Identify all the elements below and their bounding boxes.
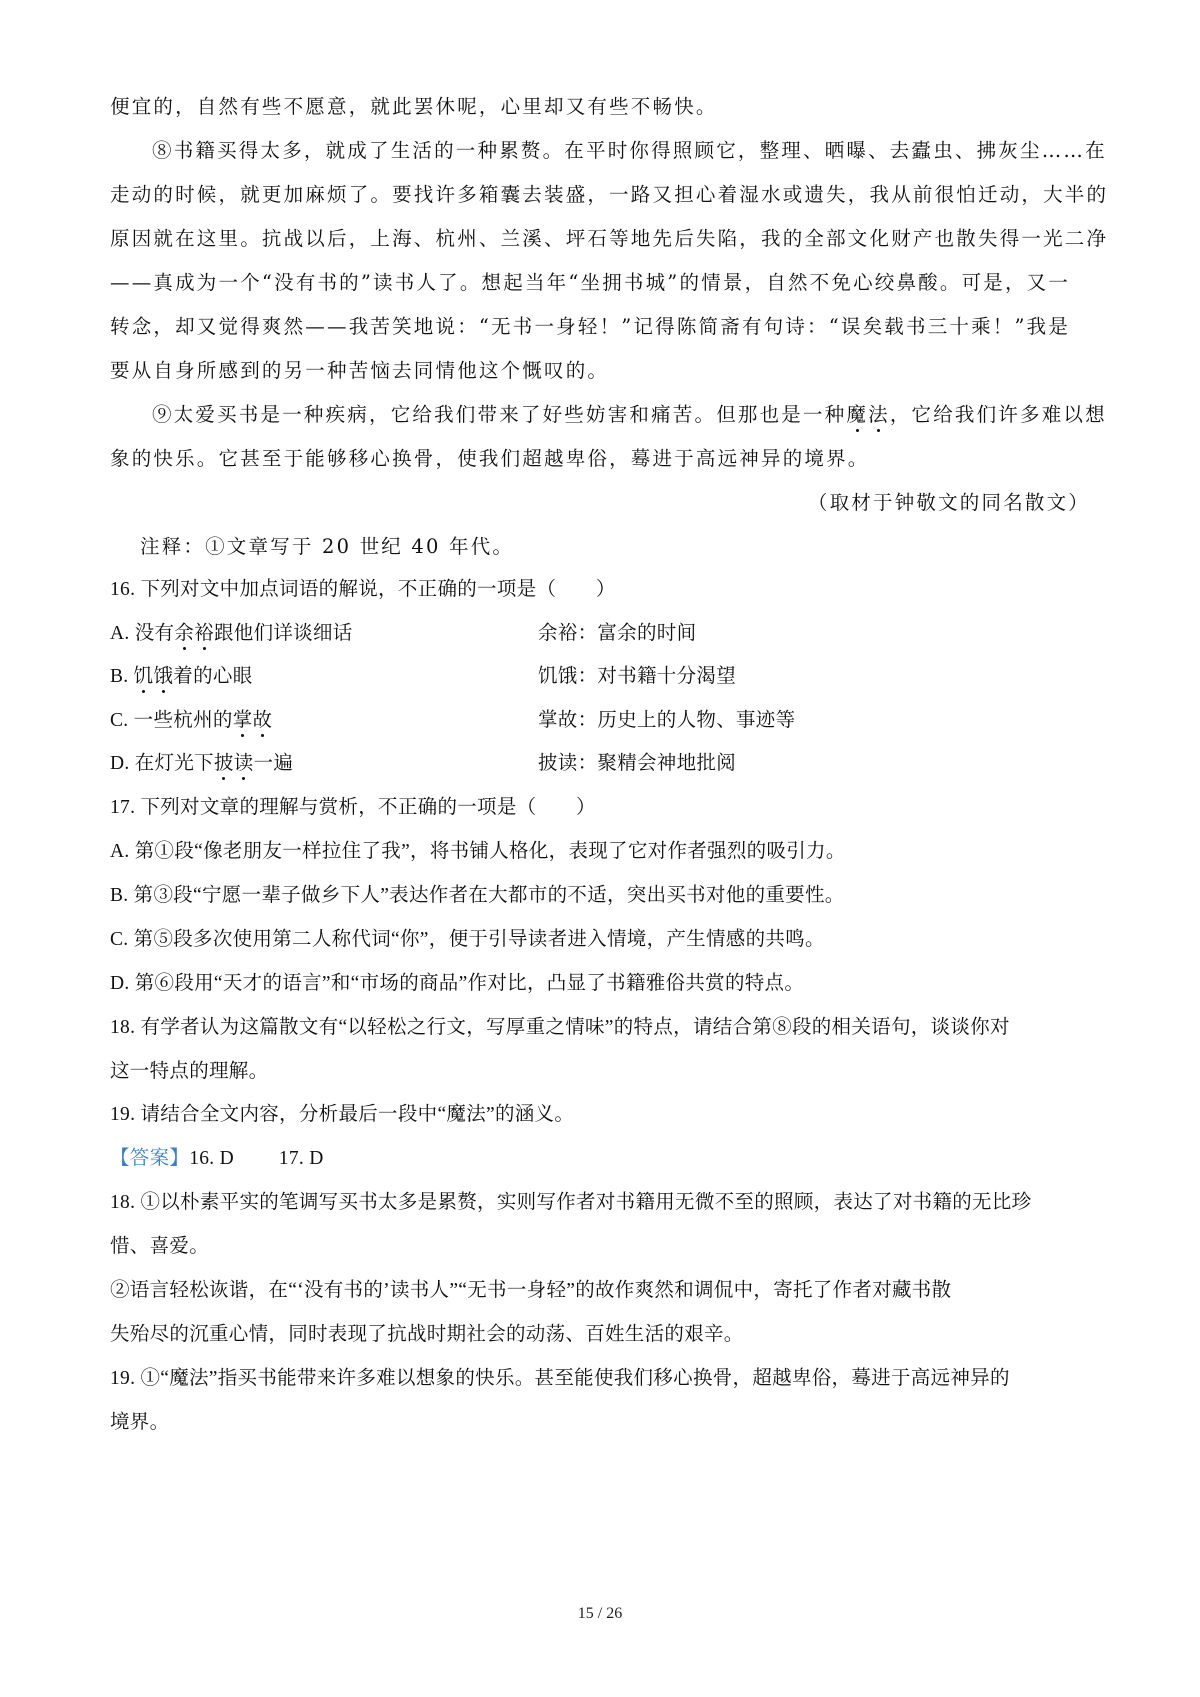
answer-19-line-1: 19. ①“魔法”指买书能带来许多难以想象的快乐。甚至能使我们移心换骨，超越卑俗… [110,1365,1100,1393]
answer-18-line-1: 18. ①以朴素平实的笔调写买书太多是累赘，实则写作者对书籍用无微不至的照顾，表… [110,1189,1100,1217]
q16-option-a: A. 没有余裕跟他们详谈细话 余裕：富余的时间 [110,620,1100,648]
emphasized-char: 饿 [153,666,173,687]
option-explanation: 披读：聚精会神地批阅 [538,750,736,778]
option-text: 一些杭州的 [134,710,233,731]
q16-stem: 16. 下列对文中加点词语的解说，不正确的一项是（ ） [110,576,1100,604]
passage-p9-line-2: 象的快乐。它甚至于能够移心换骨，使我们超越卑俗，蓦进于高远神异的境界。 [110,445,1100,473]
emphasized-char: 饥 [134,666,154,687]
answer-tag: 【答案】 [110,1148,189,1169]
passage-p7-tail: 便宜的，自然有些不愿意，就此罢休呢，心里却又有些不畅快。 [110,93,1100,121]
q17-option-c: C. 第⑤段多次使用第二人称代词“你”，便于引导读者进入情境，产生情感的共鸣。 [110,926,1100,954]
option-text: 着的心眼 [173,666,252,687]
passage-p9-text: ⑨太爱买书是一种疾病，它给我们带来了好些妨害和痛苦。但那也是一种 [152,403,846,426]
answer-18-line-2: 惜、喜爱。 [110,1233,1100,1261]
answer-mc: 【答案】16. D 17. D [110,1145,1100,1173]
emphasized-char: 余 [174,623,194,644]
q19-stem: 19. 请结合全文内容，分析最后一段中“魔法”的涵义。 [110,1101,1100,1129]
q16-option-d: D. 在灯光下披读一遍 披读：聚精会神地批阅 [110,750,1100,778]
option-text: 跟他们详谈细话 [214,623,353,644]
passage-p9-line-1: ⑨太爱买书是一种疾病，它给我们带来了好些妨害和痛苦。但那也是一种魔法，它给我们许… [152,401,1142,429]
emphasized-char: 读 [234,753,254,774]
option-explanation: 饥饿：对书籍十分渴望 [538,663,736,691]
passage-p8-line-5: 转念，却又觉得爽然——我苦笑地说：“无书一身轻！”记得陈简斋有句诗：“误矣载书三… [110,313,1100,341]
passage-p8-line-1: ⑧书籍买得太多，就成了生活的一种累赘。在平时你得照顾它，整理、晒曝、去蠹虫、拂灰… [152,137,1142,165]
emphasized-char: 裕 [194,623,214,644]
answer-mc-values: 16. D 17. D [189,1148,323,1169]
page-number: 15 / 26 [0,1605,1200,1623]
option-explanation: 余裕：富余的时间 [538,620,696,648]
document-page: 便宜的，自然有些不愿意，就此罢休呢，心里却又有些不畅快。 ⑧书籍买得太多，就成了… [0,0,1200,1697]
q17-option-b: B. 第③段“宁愿一辈子做乡下人”表达作者在大都市的不适，突出买书对他的重要性。 [110,882,1100,910]
passage-p8-line-2: 走动的时候，就更加麻烦了。要找许多箱囊去装盛，一路又担心着湿水或遗失，我从前很怕… [110,181,1100,209]
answer-19-line-2: 境界。 [110,1409,1100,1437]
passage-source: （取材于钟敬文的同名散文） [808,489,1090,517]
option-explanation: 掌故：历史上的人物、事迹等 [538,707,795,735]
passage-p8-line-4: ——真成为一个“没有书的”读书人了。想起当年“坐拥书城”的情景，自然不免心绞鼻酸… [110,269,1100,297]
passage-p8-line-6: 要从自身所感到的另一种苦恼去同情他这个慨叹的。 [110,357,1100,385]
passage-note: 注释：①文章写于 20 世纪 40 年代。 [140,533,1130,561]
option-label: A. [110,623,130,644]
q17-stem: 17. 下列对文章的理解与赏析，不正确的一项是（ ） [110,794,1100,822]
emphasized-char: 掌 [233,710,253,731]
passage-p8-line-3: 原因就在这里。抗战以后，上海、杭州、兰溪、坪石等地先后失陷，我的全部文化财产也散… [110,225,1100,253]
option-label: D. [110,753,130,774]
q18-line-1: 18. 有学者认为这篇散文有“以轻松之行文，写厚重之情味”的特点，请结合第⑧段的… [110,1014,1100,1042]
option-label: C. [110,710,128,731]
q16-option-c: C. 一些杭州的掌故 掌故：历史上的人物、事迹等 [110,707,1100,735]
q17-option-a: A. 第①段“像老朋友一样拉住了我”，将书铺人格化，表现了它对作者强烈的吸引力。 [110,838,1100,866]
option-label: B. [110,666,128,687]
emphasized-char: 法 [868,403,890,426]
q17-option-d: D. 第⑥段用“天才的语言”和“市场的商品”作对比，凸显了书籍雅俗共赏的特点。 [110,970,1100,998]
q18-line-2: 这一特点的理解。 [110,1058,1100,1086]
emphasized-char: 披 [214,753,234,774]
answer-18-line-4: 失殆尽的沉重心情，同时表现了抗战时期社会的动荡、百姓生活的艰辛。 [110,1321,1100,1349]
option-text: 一遍 [254,753,294,774]
option-text: 没有 [135,623,175,644]
option-text: 在灯光下 [135,753,214,774]
emphasized-char: 故 [253,710,273,731]
q16-option-b: B. 饥饿着的心眼 饥饿：对书籍十分渴望 [110,663,1100,691]
answer-18-line-3: ②语言轻松诙谐，在“‘没有书的’读书人”“无书一身轻”的故作爽然和调侃中，寄托了… [110,1277,1100,1305]
passage-p9-text: ，它给我们许多难以想 [890,403,1107,426]
emphasized-char: 魔 [846,403,868,426]
